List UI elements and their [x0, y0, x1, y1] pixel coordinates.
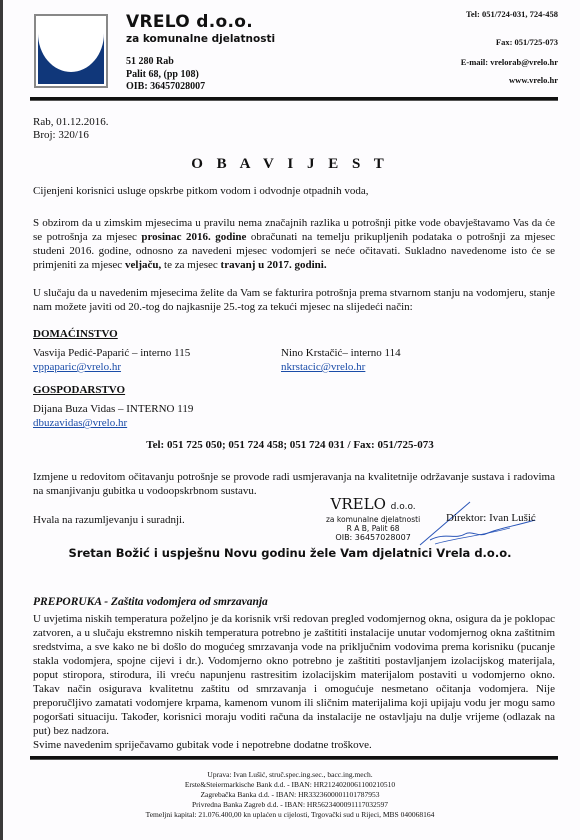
address-line: 51 280 Rab	[126, 56, 205, 69]
business-heading: GOSPODARSTVO	[33, 384, 125, 396]
footer-line: Erste&Steiermarkische Bank d.d. - IBAN: …	[0, 780, 580, 790]
recommendation-heading: PREPORUKA - Zaštita vodomjera od smrzava…	[33, 596, 268, 608]
paragraph-main: S obzirom da u zimskim mjesecima u pravi…	[33, 216, 555, 272]
bold-text: veljaču,	[125, 259, 161, 271]
paragraph-reporting: U slučaju da u navedenim mjesecima želit…	[33, 286, 555, 314]
households-heading: DOMAĆINSTVO	[33, 328, 118, 340]
bold-text: travanj u 2017. godini.	[221, 259, 327, 271]
place-date: Rab, 01.12.2016.	[33, 116, 108, 129]
stamp-name: VRELO	[331, 495, 386, 513]
text: te za mjesec	[161, 259, 220, 271]
paragraph-changes: Izmjene u redovitom očitavanju potrošnje…	[33, 470, 555, 498]
company-subtitle: za komunalne djelatnosti	[126, 33, 275, 45]
recommendation-body: U uvjetima niskih temperatura poželjno j…	[33, 612, 555, 752]
footer-line: Zagrebačka Banka d.d. - IBAN: HR33236000…	[0, 790, 580, 800]
contact-entry: Nino Krstačić– interno 114 nkrstacic@vre…	[281, 346, 401, 374]
document-title: O B A V I J E S T	[0, 156, 580, 173]
document-meta: Rab, 01.12.2016. Broj: 320/16	[33, 116, 108, 142]
recommendation-closing: Svime navedenim spriječavamo gubitak vod…	[33, 738, 555, 752]
contact-name: Vasvija Pedić-Paparić – interno 115	[33, 346, 190, 360]
document-number: Broj: 320/16	[33, 129, 108, 142]
contact-entry: Dijana Buza Vidas – INTERNO 119 dbuzavid…	[33, 402, 193, 430]
holiday-greeting: Sretan Božić i uspješnu Novu godinu žele…	[0, 546, 580, 560]
director-signature-label: Direktor: Ivan Lušić	[446, 512, 536, 524]
header-tel: Tel: 051/724-031, 724-458	[466, 9, 558, 19]
contact-entry: Vasvija Pedić-Paparić – interno 115 vppa…	[33, 346, 190, 374]
contact-email-link[interactable]: vppaparic@vrelo.hr	[33, 360, 190, 374]
footer-divider	[30, 756, 558, 760]
contact-name: Nino Krstačić– interno 114	[281, 346, 401, 360]
salutation: Cijenjeni korisnici usluge opskrbe pitko…	[33, 184, 555, 198]
contact-email-link[interactable]: dbuzavidas@vrelo.hr	[33, 416, 193, 430]
footer-line: Privredna Banka Zagreb d.d. - IBAN: HR56…	[0, 800, 580, 810]
thanks-text: Hvala na razumljevanju i suradnji.	[33, 513, 293, 527]
company-address: 51 280 Rab Palit 68, (pp 108) OIB: 36457…	[126, 56, 205, 94]
company-logo	[34, 14, 108, 88]
address-line: Palit 68, (pp 108)	[126, 69, 205, 82]
address-line: OIB: 36457028007	[126, 81, 205, 94]
header-email: E-mail: vrelorab@vrelo.hr	[461, 57, 558, 67]
footer-line: Uprava: Ivan Lušić, struč.spec.ing.sec.,…	[0, 770, 580, 780]
phone-fax-line: Tel: 051 725 050; 051 724 458; 051 724 0…	[0, 439, 580, 451]
recommendation-text: U uvjetima niskih temperatura poželjno j…	[33, 613, 555, 737]
contact-name: Dijana Buza Vidas – INTERNO 119	[33, 402, 193, 416]
footer: Uprava: Ivan Lušić, struč.spec.ing.sec.,…	[0, 770, 580, 820]
bold-text: prosinac 2016. godine	[141, 231, 246, 243]
company-name: VRELO d.o.o.	[126, 12, 253, 32]
signature-mark	[400, 500, 540, 550]
footer-line: Temeljni kapital: 21.076.400,00 kn uplać…	[0, 810, 580, 820]
header-fax: Fax: 051/725-073	[496, 37, 558, 47]
page-left-edge	[0, 0, 3, 840]
header-website: www.vrelo.hr	[509, 75, 558, 85]
header-divider	[30, 97, 558, 101]
contact-email-link[interactable]: nkrstacic@vrelo.hr	[281, 360, 401, 374]
